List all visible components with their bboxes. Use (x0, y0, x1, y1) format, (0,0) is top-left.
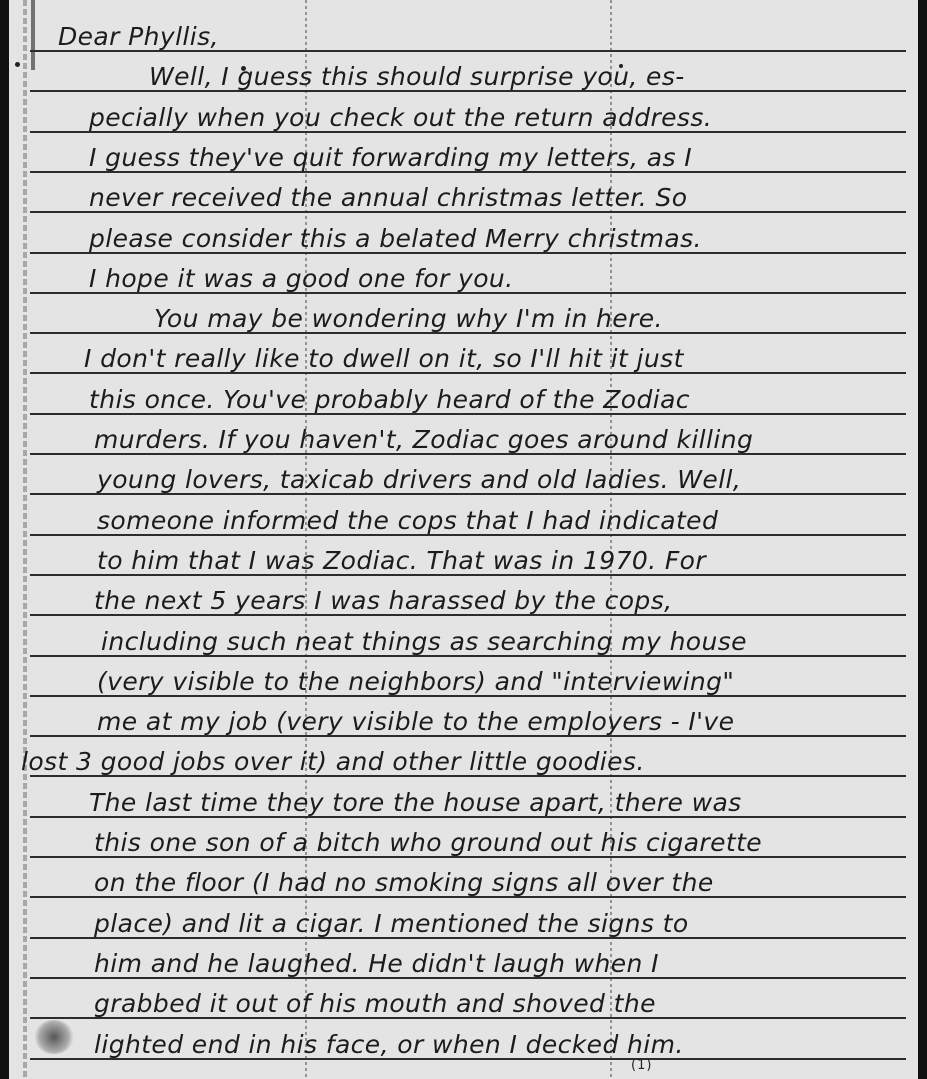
letter-line: please consider this a belated Merry chr… (89, 225, 702, 253)
letter-line: the next 5 years I was harassed by the c… (94, 587, 672, 615)
letter-line: You may be wondering why I'm in here. (154, 305, 663, 333)
salutation: Dear Phyllis, (58, 23, 219, 51)
letter-line: this once. You've probably heard of the … (89, 386, 690, 414)
letter-line: young lovers, taxicab drivers and old la… (97, 466, 741, 494)
letter-line: on the floor (I had no smoking signs all… (94, 869, 714, 897)
letter-line: grabbed it out of his mouth and shoved t… (94, 990, 656, 1018)
letter-line: to him that I was Zodiac. That was in 19… (97, 547, 706, 575)
letter-page: Dear Phyllis, Well, I guess this should … (9, 0, 918, 1079)
letter-line: murders. If you haven't, Zodiac goes aro… (94, 426, 753, 454)
letter-line: this one son of a bitch who ground out h… (94, 829, 762, 857)
ink-smudge (34, 1020, 74, 1054)
scan-border-left (0, 0, 9, 1079)
letter-line: lighted end in his face, or when I decke… (94, 1031, 684, 1059)
letter-line: lost 3 good jobs over it) and other litt… (21, 748, 645, 776)
speck (15, 62, 20, 67)
letter-line: someone informed the cops that I had ind… (97, 507, 718, 535)
letter-line: I hope it was a good one for you. (89, 265, 514, 293)
letter-line: I don't really like to dwell on it, so I… (84, 345, 684, 373)
scan-border-right (918, 0, 927, 1079)
letter-line: Well, I guess this should surprise you, … (149, 63, 685, 91)
letter-line: me at my job (very visible to the employ… (97, 708, 734, 736)
margin-mark (31, 0, 35, 70)
letter-line: never received the annual christmas lett… (89, 184, 687, 212)
letter-line: (very visible to the neighbors) and "int… (97, 668, 734, 696)
letter-line: place) and lit a cigar. I mentioned the … (94, 910, 689, 938)
letter-line: I guess they've quit forwarding my lette… (89, 144, 692, 172)
page-number: (1) (631, 1058, 652, 1073)
letter-line: pecially when you check out the return a… (89, 104, 712, 132)
letter-line: including such neat things as searching … (101, 628, 747, 656)
letter-line: him and he laughed. He didn't laugh when… (94, 950, 659, 978)
margin-rule (23, 0, 27, 1079)
letter-line: The last time they tore the house apart,… (89, 789, 742, 817)
